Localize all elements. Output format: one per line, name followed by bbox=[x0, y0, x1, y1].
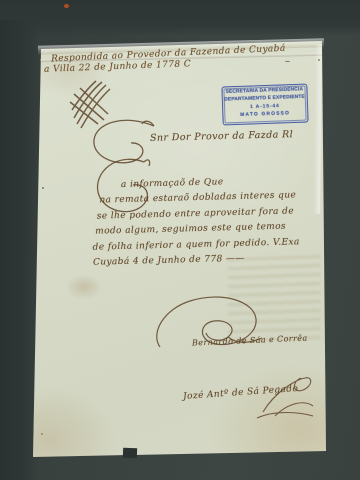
red-speck bbox=[64, 4, 69, 8]
margin-dash-mark: – bbox=[285, 56, 290, 67]
backdrop-left-shadow bbox=[0, 20, 38, 480]
ink-specks bbox=[42, 187, 44, 189]
backdrop-top-shadow bbox=[0, 0, 360, 36]
paraph-flourish bbox=[255, 372, 317, 420]
archive-stamp: SECRETARIA DA PRESIDENCIA DEPARTAMENTO E… bbox=[221, 84, 308, 126]
mount-tab bbox=[123, 448, 137, 458]
stamp-line-4: MATO GROSSO bbox=[223, 109, 307, 120]
